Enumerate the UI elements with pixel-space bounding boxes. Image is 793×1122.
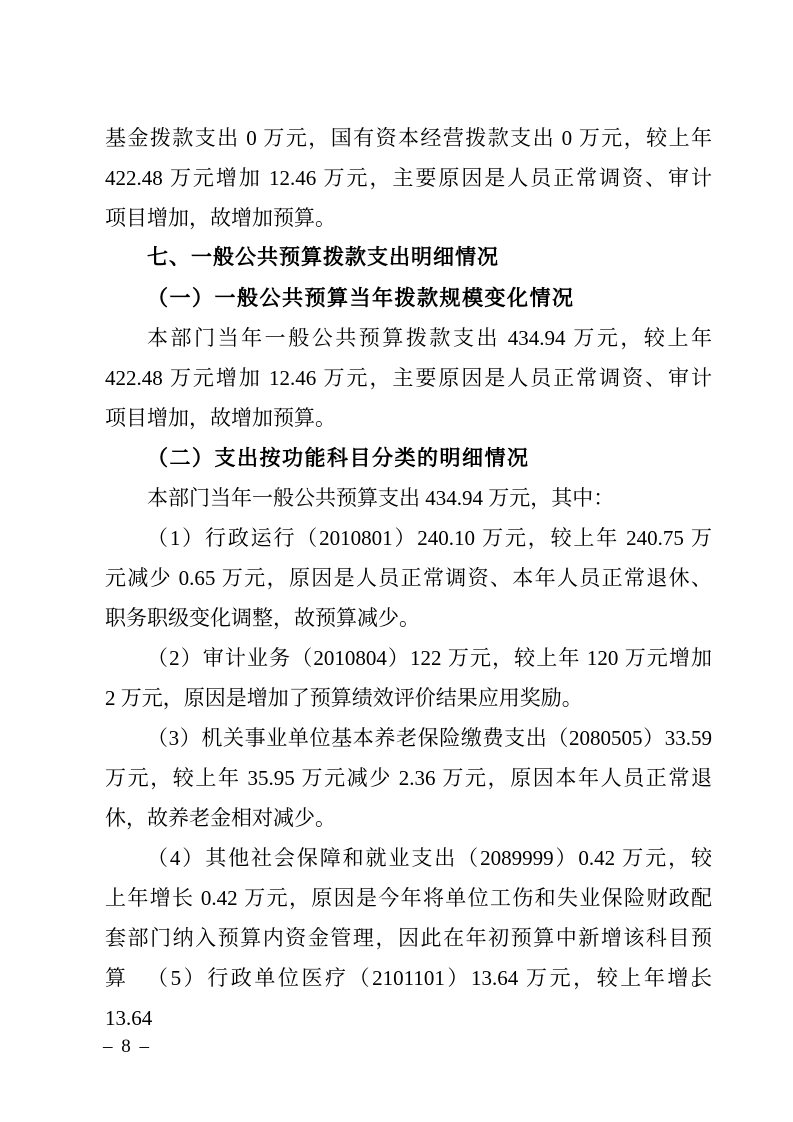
body-line: （1）行政运行（2010801）240.10 万元，较上年 240.75 万 <box>105 518 712 558</box>
subsection-heading: （二）支出按功能科目分类的明细情况 <box>105 438 712 478</box>
body-line: 422.48 万元增加 12.46 万元，主要原因是人员正常调资、审计 <box>105 158 712 198</box>
body-line: 套部门纳入预算内资金管理，因此在年初预算中新增该科目预算。 <box>105 918 712 958</box>
body-line: 422.48 万元增加 12.46 万元，主要原因是人员正常调资、审计 <box>105 358 712 398</box>
body-line: 基金拨款支出 0 万元，国有资本经营拨款支出 0 万元，较上年 <box>105 118 712 158</box>
body-line: 上年增长 0.42 万元，原因是今年将单位工伤和失业保险财政配 <box>105 878 712 918</box>
body-line: 项目增加，故增加预算。 <box>105 198 712 238</box>
document-page: 基金拨款支出 0 万元，国有资本经营拨款支出 0 万元，较上年 422.48 万… <box>0 0 793 1122</box>
body-line: 元减少 0.65 万元，原因是人员正常调资、本年人员正常退休、 <box>105 558 712 598</box>
section-heading: 七、一般公共预算拨款支出明细情况 <box>105 238 712 278</box>
body-line: 本部门当年一般公共预算拨款支出 434.94 万元，较上年 <box>105 318 712 358</box>
body-line: （5）行政单位医疗（2101101）13.64 万元，较上年增长 13.64 <box>105 958 712 998</box>
subsection-heading: （一）一般公共预算当年拨款规模变化情况 <box>105 278 712 318</box>
body-line: 2 万元，原因是增加了预算绩效评价结果应用奖励。 <box>105 678 712 718</box>
body-line: 项目增加，故增加预算。 <box>105 398 712 438</box>
body-line: 万元，较上年 35.95 万元减少 2.36 万元，原因本年人员正常退 <box>105 758 712 798</box>
body-line: 职务职级变化调整，故预算减少。 <box>105 598 712 638</box>
body-line: 本部门当年一般公共预算支出 434.94 万元，其中： <box>105 478 712 518</box>
body-line: 休，故养老金相对减少。 <box>105 798 712 838</box>
document-body: 基金拨款支出 0 万元，国有资本经营拨款支出 0 万元，较上年 422.48 万… <box>105 118 712 998</box>
body-line: （4）其他社会保障和就业支出（2089999）0.42 万元，较 <box>105 838 712 878</box>
page-number: – 8 – <box>103 1032 151 1062</box>
body-line: （3）机关事业单位基本养老保险缴费支出（2080505）33.59 <box>105 718 712 758</box>
body-line: （2）审计业务（2010804）122 万元，较上年 120 万元增加 <box>105 638 712 678</box>
